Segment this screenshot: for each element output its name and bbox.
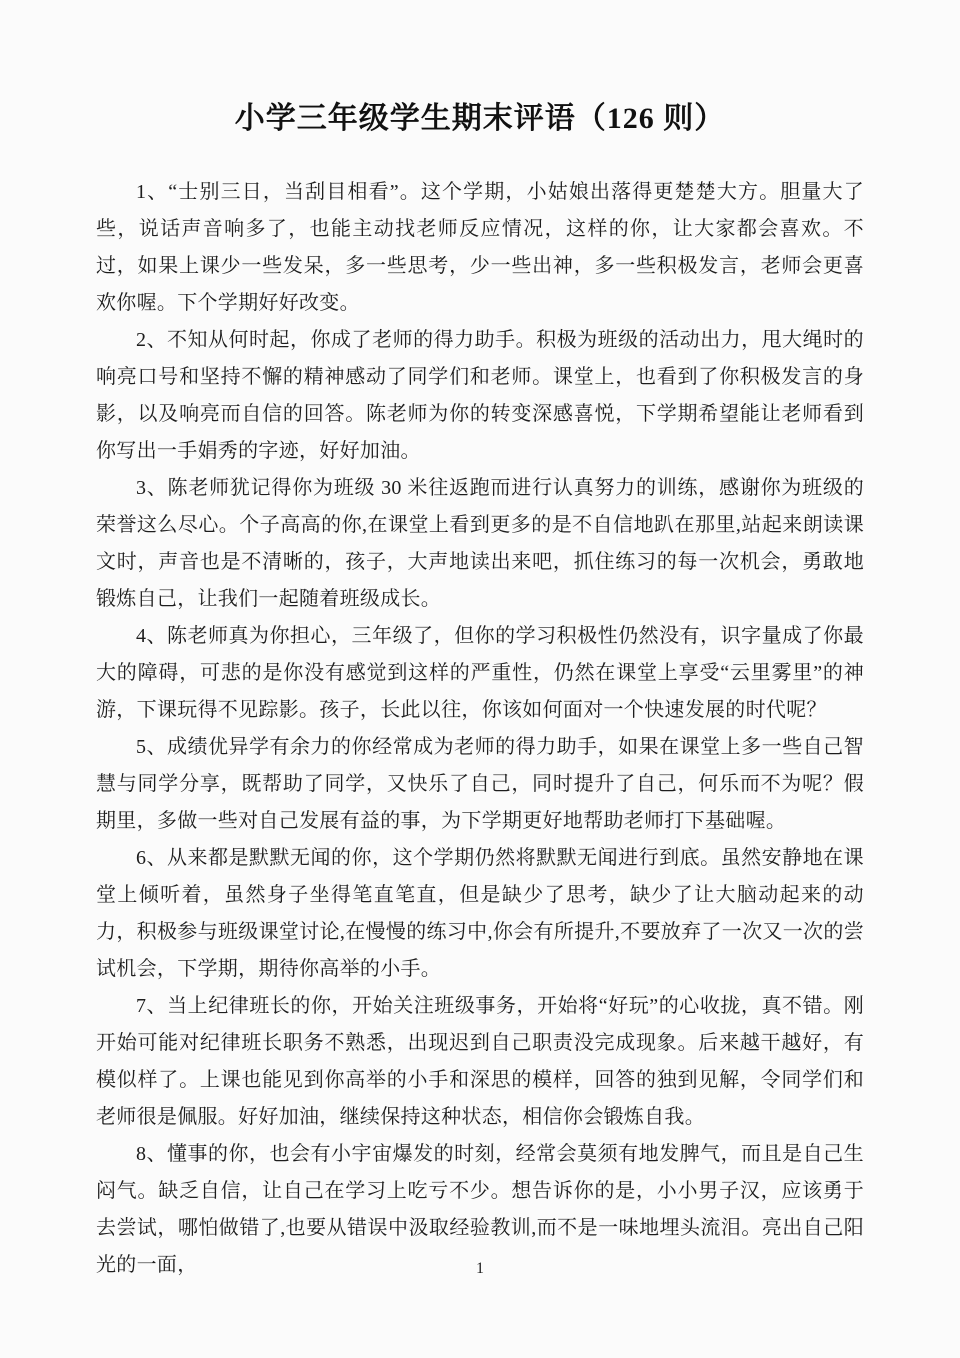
paragraph-6: 6、从来都是默默无闻的你，这个学期仍然将默默无闻进行到底。虽然安静地在课堂上倾听…: [96, 840, 864, 988]
document-page: 小学三年级学生期末评语（126 则） 1、“士别三日，当刮目相看”。这个学期，小…: [0, 0, 960, 1358]
page-number: 1: [0, 1260, 960, 1278]
document-title: 小学三年级学生期末评语（126 则）: [96, 100, 864, 138]
paragraph-2: 2、不知从何时起，你成了老师的得力助手。积极为班级的活动出力，甩大绳时的响亮口号…: [96, 322, 864, 470]
paragraph-7: 7、当上纪律班长的你，开始关注班级事务，开始将“好玩”的心收拢，真不错。刚开始可…: [96, 988, 864, 1136]
paragraph-1: 1、“士别三日，当刮目相看”。这个学期，小姑娘出落得更楚楚大方。胆量大了些，说话…: [96, 174, 864, 322]
paragraph-4: 4、陈老师真为你担心，三年级了，但你的学习积极性仍然没有，识字量成了你最大的障碍…: [96, 618, 864, 729]
paragraph-5: 5、成绩优异学有余力的你经常成为老师的得力助手，如果在课堂上多一些自己智慧与同学…: [96, 729, 864, 840]
paragraph-3: 3、陈老师犹记得你为班级 30 米往返跑而进行认真努力的训练，感谢你为班级的荣誉…: [96, 470, 864, 618]
